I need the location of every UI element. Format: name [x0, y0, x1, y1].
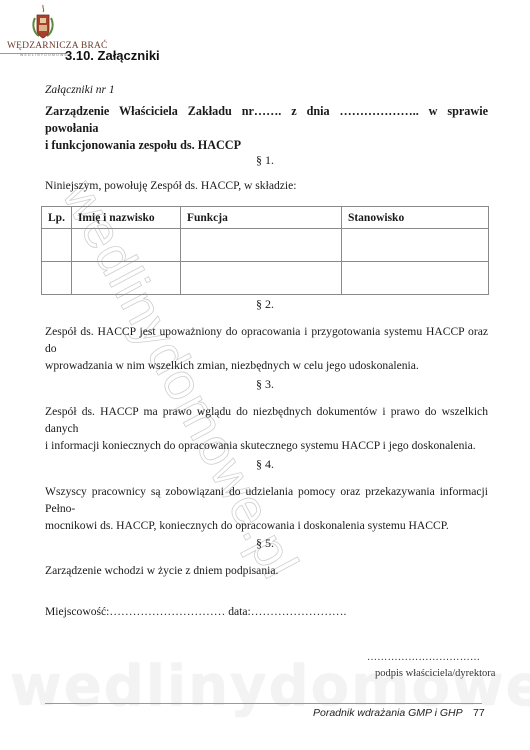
- footer-divider: [45, 703, 482, 704]
- section-title: 3.10. Załączniki: [65, 48, 160, 63]
- paragraph-2-line-2: wprowadzania w nim wszelkich zmian, niez…: [45, 359, 419, 372]
- table-cell: [42, 262, 72, 295]
- table-cell: [180, 262, 341, 295]
- paragraph-mark-4: § 4.: [0, 457, 530, 472]
- paragraph-3-line-1: Zespół ds. HACCP ma prawo wglądu do niez…: [45, 403, 488, 437]
- paragraph-3-line-2: i informacji koniecznych do opracowania …: [45, 439, 476, 452]
- table-cell: [341, 229, 488, 262]
- document-title-line-2: i funkcjonowania zespołu ds. HACCP: [45, 138, 241, 152]
- signature-line: ……………………………: [367, 652, 480, 663]
- paragraph-4-line-2: mocnikowi ds. HACCP, koniecznych do opra…: [45, 519, 449, 532]
- table-header-row: Lp. Imię i nazwisko Funkcja Stanowisko: [42, 207, 489, 229]
- table-cell: [71, 229, 180, 262]
- paragraph-2: Zespół ds. HACCP jest upoważniony do opr…: [45, 323, 488, 374]
- paragraph-2-line-1: Zespół ds. HACCP jest upoważniony do opr…: [45, 323, 488, 357]
- table-cell: [42, 229, 72, 262]
- table-cell: [341, 262, 488, 295]
- paragraph-mark-5: § 5.: [0, 536, 530, 551]
- paragraph-1: Niniejszym, powołuję Zespół ds. HACCP, w…: [45, 177, 488, 194]
- coat-of-arms-icon: [30, 4, 56, 42]
- paragraph-4: Wszyscy pracownicy są zobowiązani do udz…: [45, 483, 488, 534]
- column-header-function: Funkcja: [180, 207, 341, 229]
- column-header-name: Imię i nazwisko: [71, 207, 180, 229]
- table-cell: [71, 262, 180, 295]
- team-members-table: Lp. Imię i nazwisko Funkcja Stanowisko: [41, 206, 489, 295]
- column-header-lp: Lp.: [42, 207, 72, 229]
- document-page: wedlinydomowe.pl wedlinydomowe.pl WĘDZAR…: [0, 0, 530, 750]
- footer-title: Poradnik wdrażania GMP i GHP: [313, 707, 463, 719]
- place-date-line: Miejscowość:………………………… data:…………………….: [45, 603, 488, 620]
- document-title-line-1: Zarządzenie Właściciela Zakładu nr……. z …: [45, 103, 488, 137]
- column-header-position: Stanowisko: [341, 207, 488, 229]
- paragraph-5: Zarządzenie wchodzi w życie z dniem podp…: [45, 562, 488, 579]
- paragraph-mark-1: § 1.: [0, 153, 530, 168]
- table-cell: [180, 229, 341, 262]
- paragraph-mark-2: § 2.: [0, 297, 530, 312]
- table-row: [42, 229, 489, 262]
- document-title: Zarządzenie Właściciela Zakładu nr……. z …: [45, 103, 488, 154]
- attachment-label: Załączniki nr 1: [45, 84, 115, 96]
- paragraph-3: Zespół ds. HACCP ma prawo wglądu do niez…: [45, 403, 488, 454]
- signature-label: podpis właściciela/dyrektora: [375, 668, 495, 679]
- table-row: [42, 262, 489, 295]
- paragraph-4-line-1: Wszyscy pracownicy są zobowiązani do udz…: [45, 483, 488, 517]
- brand-subtitle: WEDLINYDOMOWE: [20, 53, 68, 57]
- page-number: 77: [473, 707, 485, 719]
- paragraph-mark-3: § 3.: [0, 377, 530, 392]
